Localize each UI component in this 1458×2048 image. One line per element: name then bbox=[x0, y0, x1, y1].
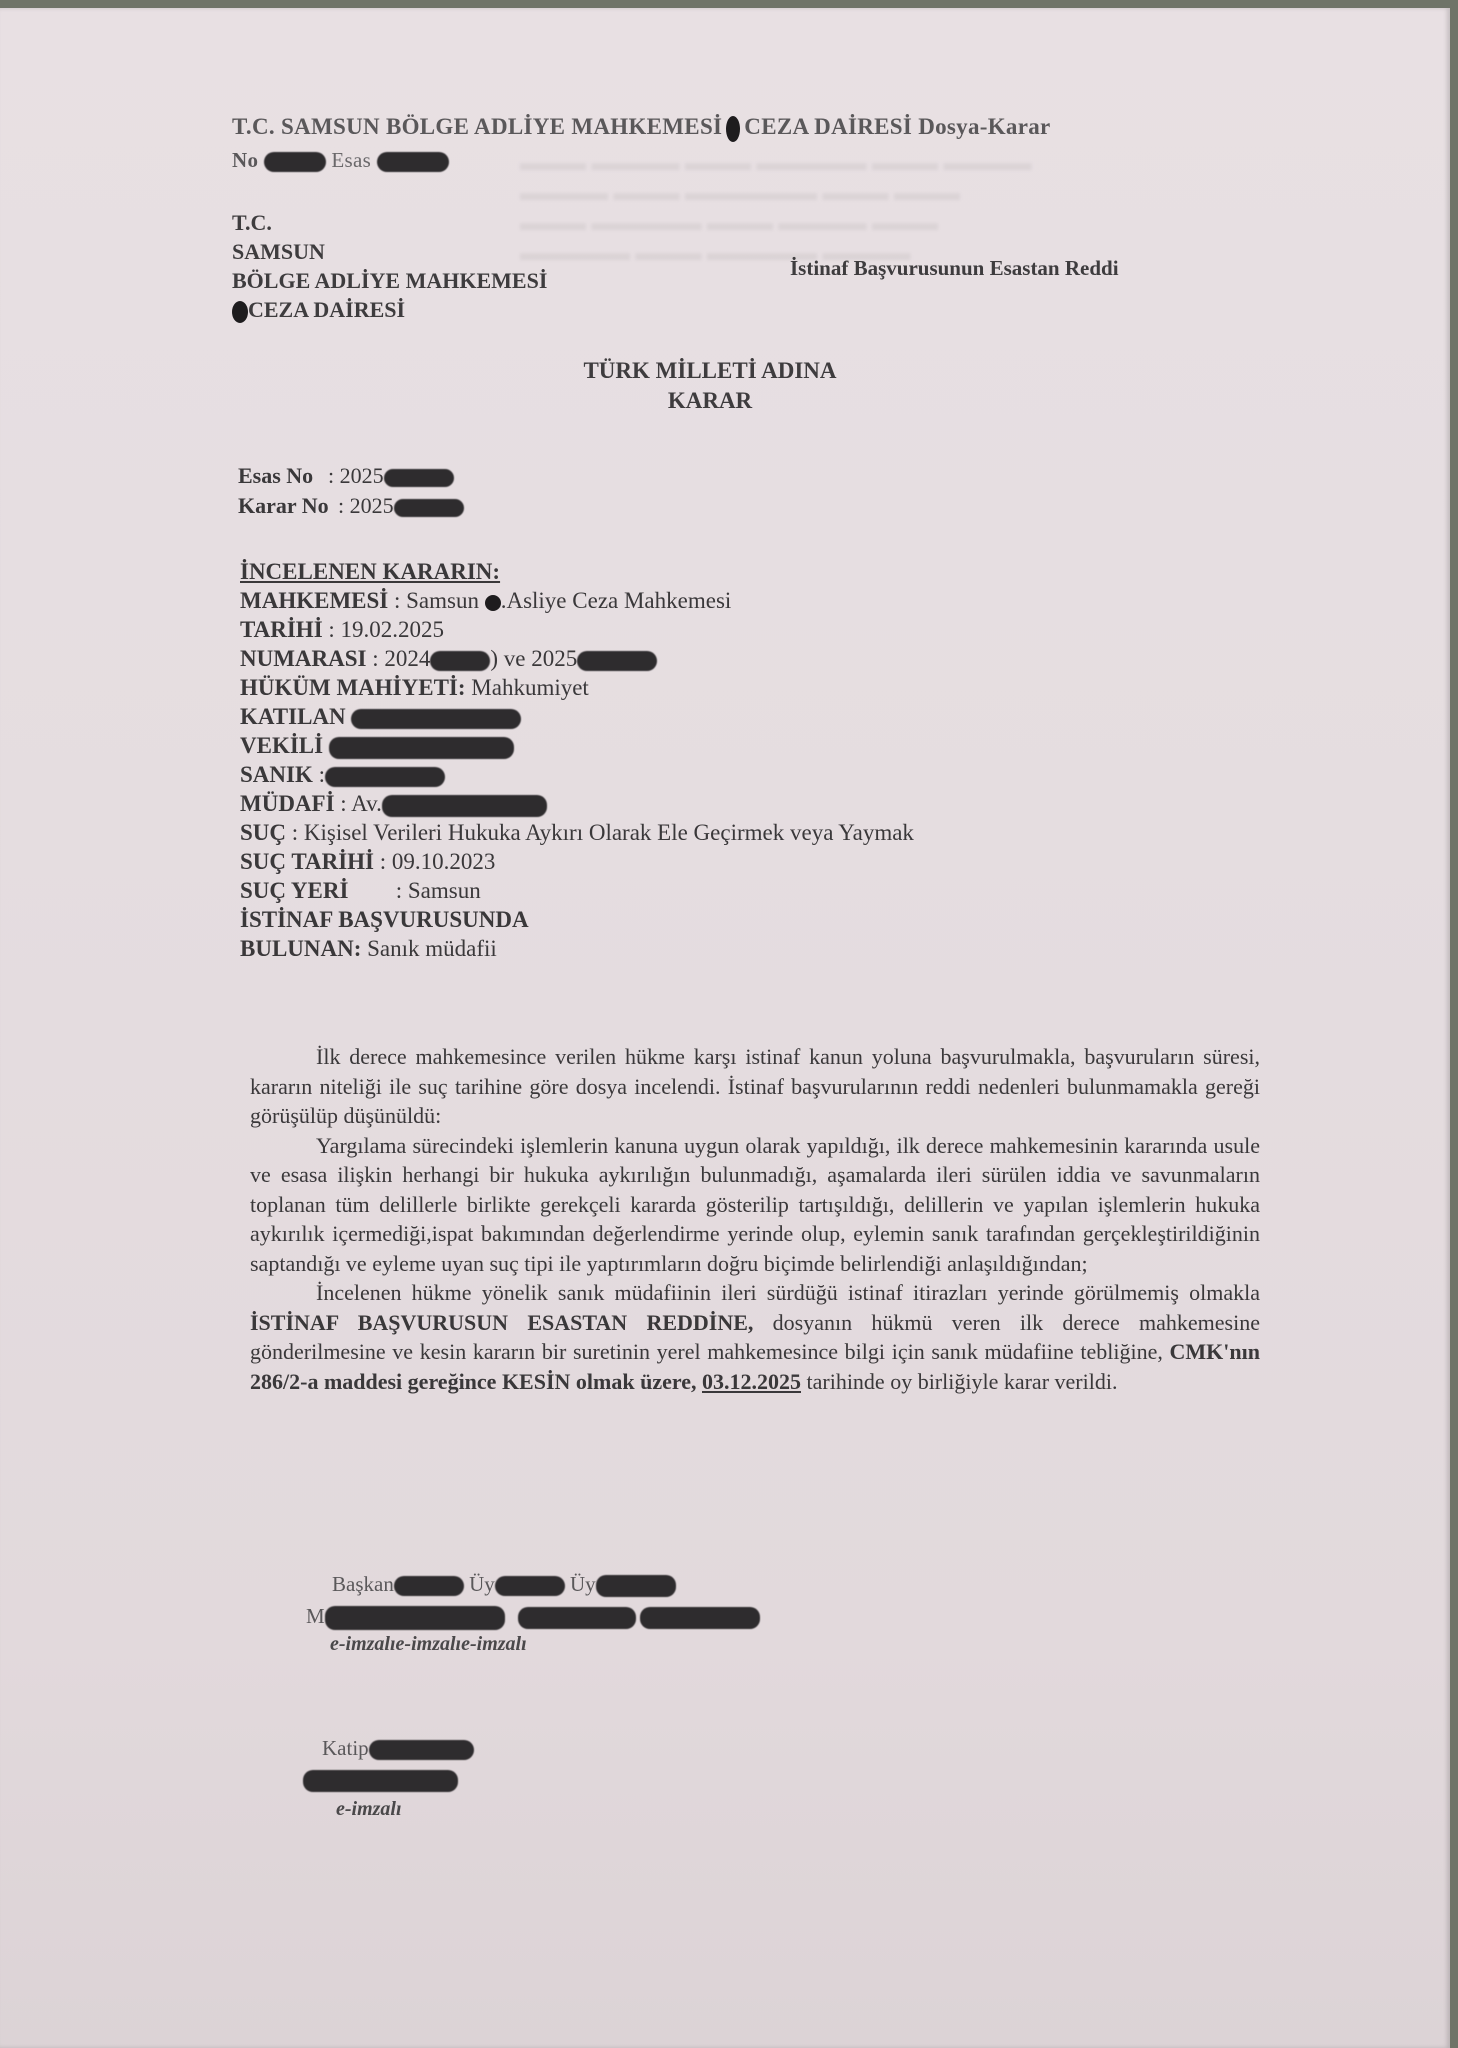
running-esas-label: Esas bbox=[331, 148, 371, 172]
field-vekili: VEKİLİ bbox=[240, 731, 914, 760]
decision-body: İlk derece mahkemesince verilen hükme ka… bbox=[250, 1042, 1260, 1396]
court-block: T.C. SAMSUN BÖLGE ADLİYE MAHKEMESİ CEZA … bbox=[232, 208, 547, 324]
redaction-mark bbox=[382, 795, 547, 817]
member1-label: Üy bbox=[469, 1572, 495, 1596]
field-hukum-mahiyeti: HÜKÜM MAHİYETİ: Mahkumiyet bbox=[240, 673, 914, 702]
redaction-mark bbox=[485, 595, 501, 611]
row-prefix: M bbox=[306, 1604, 325, 1628]
document-title: TÜRK MİLLETİ ADINA KARAR bbox=[500, 358, 920, 414]
esas-no: Esas No: 2025 bbox=[238, 461, 454, 490]
redaction-mark bbox=[377, 152, 449, 172]
running-header-numbers: No Esas bbox=[232, 148, 449, 173]
redaction-mark bbox=[577, 651, 657, 671]
redaction-mark bbox=[640, 1607, 760, 1629]
court-line-city: SAMSUN bbox=[232, 237, 547, 266]
redaction-mark bbox=[351, 709, 521, 729]
field-sanik: SANIK : bbox=[240, 760, 914, 789]
redaction-mark bbox=[303, 1770, 458, 1792]
running-no-label: No bbox=[232, 148, 258, 172]
decision-date: 03.12.2025 bbox=[702, 1369, 801, 1394]
redaction-mark bbox=[369, 1740, 474, 1760]
field-suc: SUÇ : Kişisel Verileri Hukuka Aykırı Ola… bbox=[240, 818, 914, 847]
redaction-mark bbox=[264, 152, 326, 172]
body-paragraph-1: İlk derece mahkemesince verilen hükme ka… bbox=[250, 1042, 1260, 1131]
body-paragraph-2: Yargılama sürecindeki işlemlerin kanuna … bbox=[250, 1131, 1260, 1279]
field-katilan: KATILAN bbox=[240, 702, 914, 731]
body-paragraph-3: İncelenen hükme yönelik sanık müdafiinin… bbox=[250, 1278, 1260, 1396]
panel-signatures: Başkan Üy Üy bbox=[332, 1572, 676, 1597]
redaction-mark bbox=[384, 469, 454, 487]
karar-no-value: : 2025 bbox=[338, 493, 394, 518]
president-label: Başkan bbox=[332, 1572, 394, 1596]
court-line-chamber: CEZA DAİRESİ bbox=[232, 295, 547, 324]
field-bulunan: BULUNAN: Sanık müdafii bbox=[240, 934, 914, 963]
clerk-label: Katip bbox=[322, 1736, 369, 1760]
redaction-mark bbox=[325, 1606, 505, 1630]
karar-no-label: Karar No bbox=[238, 491, 338, 520]
field-numarasi: NUMARASI : 2024) ve 2025 bbox=[240, 644, 914, 673]
redaction-mark bbox=[329, 737, 514, 759]
title-line-karar: KARAR bbox=[500, 388, 920, 414]
redaction-mark bbox=[325, 767, 445, 787]
running-header-title: T.C. SAMSUN BÖLGE ADLİYE MAHKEMESİ bbox=[232, 114, 722, 139]
field-tarihi: TARİHİ : 19.02.2025 bbox=[240, 615, 914, 644]
field-suc-tarihi: SUÇ TARİHİ : 09.10.2023 bbox=[240, 847, 914, 876]
clerk-esignature: e-imzalı bbox=[336, 1798, 402, 1821]
verdict-text: İSTİNAF BAŞVURUSUN ESASTAN REDDİNE, bbox=[250, 1310, 753, 1335]
running-header: T.C. SAMSUN BÖLGE ADLİYE MAHKEMESİCEZA D… bbox=[232, 114, 1051, 142]
court-line-name: BÖLGE ADLİYE MAHKEMESİ bbox=[232, 266, 547, 295]
member2-label: Üy bbox=[570, 1572, 596, 1596]
field-mahkemesi: MAHKEMESİ : Samsun .Asliye Ceza Mahkemes… bbox=[240, 586, 914, 615]
redaction-mark bbox=[394, 499, 464, 517]
redaction-mark bbox=[596, 1575, 676, 1597]
title-line-nation: TÜRK MİLLETİ ADINA bbox=[500, 358, 920, 384]
esas-no-value: : 2025 bbox=[328, 463, 384, 488]
reviewed-decision: İNCELENEN KARARIN: MAHKEMESİ : Samsun .A… bbox=[240, 557, 914, 963]
karar-no: Karar No: 2025 bbox=[238, 491, 464, 520]
document-page: ▬▬▬ ▬▬▬▬ ▬▬▬ ▬▬▬▬▬ ▬▬▬ ▬▬▬▬▬▬▬▬ ▬▬▬ ▬▬▬▬… bbox=[0, 8, 1450, 2048]
panel-names: M bbox=[306, 1604, 760, 1630]
redaction-mark bbox=[232, 301, 248, 323]
decision-type: İstinaf Başvurusunun Esastan Reddi bbox=[790, 254, 1119, 283]
clerk-name bbox=[303, 1770, 458, 1792]
clerk-signature: Katip bbox=[322, 1736, 474, 1761]
redaction-mark bbox=[518, 1607, 636, 1629]
reviewed-decision-heading: İNCELENEN KARARIN: bbox=[240, 557, 914, 586]
redaction-mark bbox=[430, 651, 490, 671]
redaction-mark bbox=[394, 1576, 464, 1596]
field-mudafi: MÜDAFİ : Av. bbox=[240, 789, 914, 818]
panel-esignature: e-imzalıe-imzalıe-imzalı bbox=[330, 1633, 527, 1656]
esas-no-label: Esas No bbox=[238, 461, 328, 490]
field-suc-yeri: SUÇ YERİ : Samsun bbox=[240, 876, 914, 905]
running-header-suffix: CEZA DAİRESİ Dosya-Karar bbox=[744, 114, 1050, 139]
field-istinaf-basvurusunda: İSTİNAF BAŞVURUSUNDA bbox=[240, 905, 914, 934]
redaction-mark bbox=[726, 116, 740, 142]
court-line-tc: T.C. bbox=[232, 208, 547, 237]
redaction-mark bbox=[495, 1576, 565, 1596]
